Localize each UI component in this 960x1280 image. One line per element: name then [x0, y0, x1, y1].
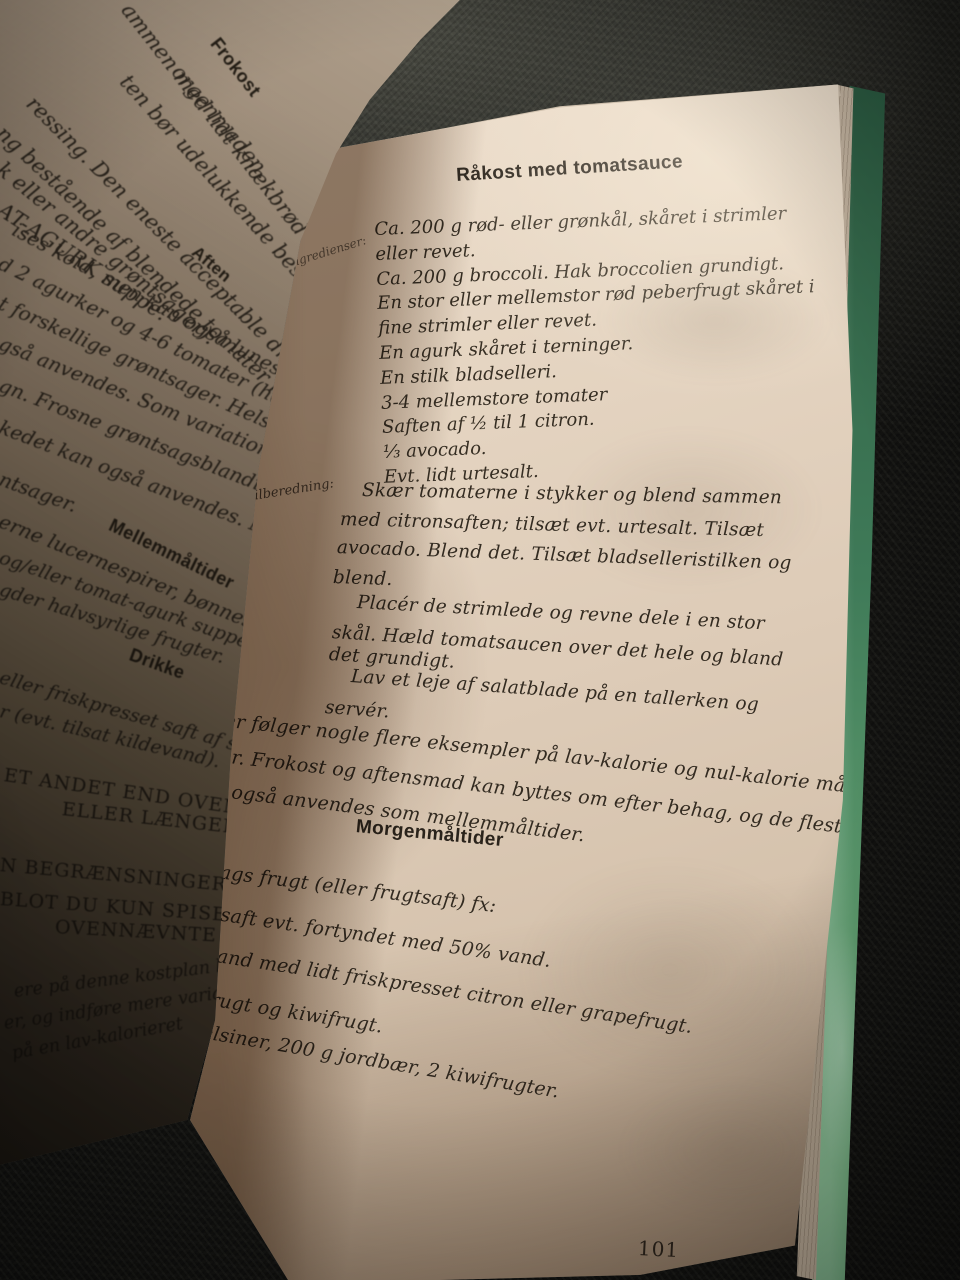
left-page-line: orgenmaden. — [167, 60, 276, 183]
recipe-title: Råkost med tomatsauce — [374, 146, 765, 192]
page-number: 101 — [637, 1236, 679, 1262]
preparation-line: Skær tomaterne i stykker og blend sammen — [362, 480, 782, 508]
preparation-line: blend. — [333, 567, 393, 590]
margin-label-preparation: Tilberedning: — [245, 476, 335, 505]
show-through-smudge — [520, 860, 820, 1080]
left-heading-frokost: Frokost — [206, 34, 265, 101]
preparation-line: servér. — [324, 697, 390, 722]
preparation-line: Lav et leje af salatblade på en tallerke… — [350, 666, 759, 715]
ingredients-list: Ca. 200 g rød- eller grønkål, skåret i s… — [374, 201, 822, 490]
left-page-line: ntsager. — [0, 467, 81, 517]
preparation-line: med citronsaften; tilsæt evt. urtesalt. … — [340, 509, 765, 541]
preparation-line: avocado. Blend det. Tilsæt bladsellerist… — [337, 537, 792, 574]
book-photo-stage: Råkost med tomatsauce Ingredienser: Ca. … — [0, 0, 960, 1280]
